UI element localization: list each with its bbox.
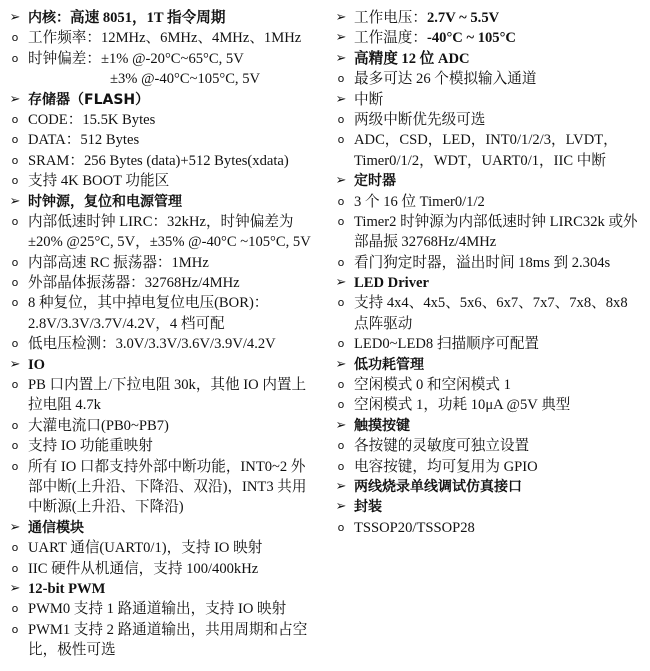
arrow-bullet-icon: ➢ <box>6 192 24 212</box>
timer-count: 3 个 16 位 Timer0/1/2 <box>354 194 485 210</box>
list-item-continuation: 中断源(上升沿、下降沿) <box>6 497 326 517</box>
comm-header: 通信模块 <box>28 520 84 536</box>
package-types: TSSOP20/TSSOP28 <box>354 520 475 536</box>
right-column: ➢ 工作电压：2.7V ~ 5.5V ➢ 工作温度：-40°C ~ 105°C … <box>332 8 648 538</box>
comm-uart: UART 通信(UART0/1)，支持 IO 映射 <box>28 540 262 556</box>
list-item: o PWM0 支持 1 路通道输出，支持 IO 映射 <box>6 599 326 619</box>
led-matrix-2: 点阵驱动 <box>354 316 412 332</box>
list-item: o 支持 4K BOOT 功能区 <box>6 171 326 191</box>
circle-bullet-icon: o <box>6 273 24 293</box>
circle-bullet-icon: o <box>6 253 24 273</box>
list-item: o 空闲模式 1，功耗 10μA @5V 典型 <box>332 395 648 415</box>
clock-lvd: 低电压检测：3.0V/3.3V/3.6V/3.9V/4.2V <box>28 336 276 352</box>
circle-bullet-icon: o <box>6 620 24 640</box>
section-io: ➢ IO <box>6 355 326 375</box>
list-item: o UART 通信(UART0/1)，支持 IO 映射 <box>6 538 326 558</box>
comm-iic: IIC 硬件从机通信，支持 100/400kHz <box>28 561 258 577</box>
interrupt-priority: 两级中断优先级可选 <box>354 112 485 128</box>
list-item: o LED0~LED8 扫描顺序可配置 <box>332 334 648 354</box>
circle-bullet-icon: o <box>6 130 24 150</box>
adc-channels: 最多可达 26 个模拟输入通道 <box>354 71 536 87</box>
voltage-value: 2.7V ~ 5.5V <box>427 10 499 26</box>
arrow-bullet-icon: ➢ <box>6 90 24 110</box>
voltage-label: 工作电压： <box>354 10 427 26</box>
list-item: o 外部晶体振荡器：32768Hz/4MHz <box>6 273 326 293</box>
core-header-label: 内核： <box>28 10 70 26</box>
circle-bullet-icon: o <box>6 293 24 313</box>
list-item: o 两级中断优先级可选 <box>332 110 648 130</box>
io-pull-2: 拉电阻 4.7k <box>28 397 101 413</box>
arrow-bullet-icon: ➢ <box>332 497 350 517</box>
list-item-continuation: 拉电阻 4.7k <box>6 395 326 415</box>
list-item: o 空闲模式 0 和空闲模式 1 <box>332 375 648 395</box>
circle-bullet-icon: o <box>6 416 24 436</box>
list-item: o 支持 4x4、4x5、5x6、6x7、7x7、7x8、8x8 <box>332 293 648 313</box>
circle-bullet-icon: o <box>6 28 24 48</box>
circle-bullet-icon: o <box>332 69 350 89</box>
adc-header: 高精度 12 位 ADC <box>354 51 470 67</box>
touch-sensitivity: 各按键的灵敏度可独立设置 <box>354 438 529 454</box>
section-voltage: ➢ 工作电压：2.7V ~ 5.5V <box>332 8 648 28</box>
circle-bullet-icon: o <box>332 192 350 212</box>
list-item: o TSSOP20/TSSOP28 <box>332 518 648 538</box>
clock-lirc-2: ±20% @25°C, 5V，±35% @-40°C ~105°C, 5V <box>28 234 311 250</box>
circle-bullet-icon: o <box>332 518 350 538</box>
list-item-continuation: 部晶振 32768Hz/4MHz <box>332 232 648 252</box>
circle-bullet-icon: o <box>6 375 24 395</box>
circle-bullet-icon: o <box>6 151 24 171</box>
clock-reset: 8 种复位，其中掉电复位电压(BOR)： <box>28 295 268 311</box>
circle-bullet-icon: o <box>332 253 350 273</box>
list-item: o 时钟偏差：±1% @-20°C~65°C, 5V <box>6 49 326 69</box>
package-header: 封装 <box>354 499 382 515</box>
list-item-continuation: 比，极性可选 <box>6 640 326 660</box>
list-item-continuation: 部中断(上升沿、下降沿、双沿)，INT3 共用 <box>6 477 326 497</box>
led-scan: LED0~LED8 扫描顺序可配置 <box>354 336 539 352</box>
arrow-bullet-icon: ➢ <box>332 273 350 293</box>
list-item: o 工作频率：12MHz、6MHz、4MHz、1MHz <box>6 28 326 48</box>
arrow-bullet-icon: ➢ <box>332 416 350 436</box>
led-header: LED Driver <box>354 275 429 291</box>
circle-bullet-icon: o <box>6 436 24 456</box>
list-item-continuation: 2.8V/3.3V/3.7V/4.2V，4 档可配 <box>6 314 326 334</box>
arrow-bullet-icon: ➢ <box>332 355 350 375</box>
core-clock-deviation-2: ±3% @-40°C~105°C, 5V <box>110 71 260 87</box>
temperature-value: -40°C ~ 105°C <box>427 30 516 46</box>
low-power-idle: 空闲模式 0 和空闲模式 1 <box>354 377 511 393</box>
clock-hrc: 内部高速 RC 振荡器：1MHz <box>28 255 209 271</box>
list-item-continuation: ±3% @-40°C~105°C, 5V <box>6 69 326 89</box>
arrow-bullet-icon: ➢ <box>6 8 24 28</box>
arrow-bullet-icon: ➢ <box>6 355 24 375</box>
arrow-bullet-icon: ➢ <box>332 90 350 110</box>
section-touch: ➢ 触摸按键 <box>332 416 648 436</box>
temperature-label: 工作温度： <box>354 30 427 46</box>
list-item: o 8 种复位，其中掉电复位电压(BOR)： <box>6 293 326 313</box>
list-item: o DATA：512 Bytes <box>6 130 326 150</box>
list-item: o 各按键的灵敏度可独立设置 <box>332 436 648 456</box>
list-item: o PWM1 支持 2 路通道输出，共用周期和占空 <box>6 620 326 640</box>
arrow-bullet-icon: ➢ <box>332 477 350 497</box>
arrow-bullet-icon: ➢ <box>6 579 24 599</box>
section-comm: ➢ 通信模块 <box>6 518 326 538</box>
section-temperature: ➢ 工作温度：-40°C ~ 105°C <box>332 28 648 48</box>
timer-header: 定时器 <box>354 173 396 189</box>
list-item: o Timer2 时钟源为内部低速时钟 LIRC32k 或外 <box>332 212 648 232</box>
io-interrupt: 所有 IO 口都支持外部中断功能，INT0~2 外 <box>28 459 305 475</box>
circle-bullet-icon: o <box>332 436 350 456</box>
touch-gpio: 电容按键，均可复用为 GPIO <box>354 459 538 475</box>
list-item: o 内部低速时钟 LIRC：32kHz，时钟偏差为 <box>6 212 326 232</box>
circle-bullet-icon: o <box>332 212 350 232</box>
circle-bullet-icon: o <box>6 212 24 232</box>
section-adc: ➢ 高精度 12 位 ADC <box>332 49 648 69</box>
io-pull: PB 口内置上/下拉电阻 30k，其他 IO 内置上 <box>28 377 306 393</box>
touch-header: 触摸按键 <box>354 418 410 434</box>
list-item: o ADC，CSD，LED，INT0/1/2/3，LVDT， <box>332 130 648 150</box>
io-interrupt-2: 部中断(上升沿、下降沿、双沿)，INT3 共用 <box>28 479 306 495</box>
circle-bullet-icon: o <box>332 130 350 150</box>
circle-bullet-icon: o <box>6 171 24 191</box>
memory-boot: 支持 4K BOOT 功能区 <box>28 173 169 189</box>
list-item: o 内部高速 RC 振荡器：1MHz <box>6 253 326 273</box>
io-remap: 支持 IO 功能重映射 <box>28 438 153 454</box>
timer-timer2-2: 部晶振 32768Hz/4MHz <box>354 234 496 250</box>
left-column: ➢ 内核：高速 8051，1T 指令周期 o 工作频率：12MHz、6MHz、4… <box>6 8 326 661</box>
pwm-header: 12-bit PWM <box>28 581 105 597</box>
circle-bullet-icon: o <box>6 538 24 558</box>
list-item: o 低电压检测：3.0V/3.3V/3.6V/3.9V/4.2V <box>6 334 326 354</box>
core-clock-deviation: 时钟偏差：±1% @-20°C~65°C, 5V <box>28 51 244 67</box>
circle-bullet-icon: o <box>6 457 24 477</box>
memory-header: 存储器（FLASH） <box>28 92 149 108</box>
clock-xtal: 外部晶体振荡器：32768Hz/4MHz <box>28 275 240 291</box>
circle-bullet-icon: o <box>6 49 24 69</box>
low-power-idle1: 空闲模式 1，功耗 10μA @5V 典型 <box>354 397 570 413</box>
circle-bullet-icon: o <box>332 457 350 477</box>
circle-bullet-icon: o <box>6 599 24 619</box>
io-sink: 大灌电流口(PB0~PB7) <box>28 418 169 434</box>
arrow-bullet-icon: ➢ <box>332 49 350 69</box>
circle-bullet-icon: o <box>332 110 350 130</box>
section-timer: ➢ 定时器 <box>332 171 648 191</box>
clock-lirc: 内部低速时钟 LIRC：32kHz，时钟偏差为 <box>28 214 294 230</box>
arrow-bullet-icon: ➢ <box>332 171 350 191</box>
led-matrix: 支持 4x4、4x5、5x6、6x7、7x7、7x8、8x8 <box>354 295 628 311</box>
list-item-continuation: ±20% @25°C, 5V，±35% @-40°C ~105°C, 5V <box>6 232 326 252</box>
section-pwm: ➢ 12-bit PWM <box>6 579 326 599</box>
debug-header: 两线烧录单线调试仿真接口 <box>354 479 522 495</box>
list-item: o PB 口内置上/下拉电阻 30k，其他 IO 内置上 <box>6 375 326 395</box>
section-low-power: ➢ 低功耗管理 <box>332 355 648 375</box>
arrow-bullet-icon: ➢ <box>332 28 350 48</box>
core-frequency: 工作频率：12MHz、6MHz、4MHz、1MHz <box>28 30 301 46</box>
arrow-bullet-icon: ➢ <box>332 8 350 28</box>
list-item: o SRAM：256 Bytes (data)+512 Bytes(xdata) <box>6 151 326 171</box>
section-interrupt: ➢ 中断 <box>332 90 648 110</box>
section-memory: ➢ 存储器（FLASH） <box>6 90 326 110</box>
io-interrupt-3: 中断源(上升沿、下降沿) <box>28 499 184 515</box>
interrupt-sources-2: Timer0/1/2，WDT，UART0/1，IIC 中断 <box>354 153 606 169</box>
circle-bullet-icon: o <box>332 395 350 415</box>
list-item-continuation: Timer0/1/2，WDT，UART0/1，IIC 中断 <box>332 151 648 171</box>
section-debug: ➢ 两线烧录单线调试仿真接口 <box>332 477 648 497</box>
section-led: ➢ LED Driver <box>332 273 648 293</box>
circle-bullet-icon: o <box>6 559 24 579</box>
clock-reset-2: 2.8V/3.3V/3.7V/4.2V，4 档可配 <box>28 316 225 332</box>
io-header: IO <box>28 357 45 373</box>
clock-header: 时钟源，复位和电源管理 <box>28 194 182 210</box>
list-item: o 看门狗定时器，溢出时间 18ms 到 2.304s <box>332 253 648 273</box>
arrow-bullet-icon: ➢ <box>6 518 24 538</box>
list-item: o IIC 硬件从机通信，支持 100/400kHz <box>6 559 326 579</box>
interrupt-header: 中断 <box>354 92 383 108</box>
list-item-continuation: 点阵驱动 <box>332 314 648 334</box>
list-item: o 所有 IO 口都支持外部中断功能，INT0~2 外 <box>6 457 326 477</box>
low-power-header: 低功耗管理 <box>354 357 424 373</box>
circle-bullet-icon: o <box>332 293 350 313</box>
memory-sram: SRAM：256 Bytes (data)+512 Bytes(xdata) <box>28 153 289 169</box>
list-item: o 支持 IO 功能重映射 <box>6 436 326 456</box>
pwm-pwm0: PWM0 支持 1 路通道输出，支持 IO 映射 <box>28 601 286 617</box>
circle-bullet-icon: o <box>6 110 24 130</box>
list-item: o 大灌电流口(PB0~PB7) <box>6 416 326 436</box>
pwm-pwm1: PWM1 支持 2 路通道输出，共用周期和占空 <box>28 622 307 638</box>
section-core: ➢ 内核：高速 8051，1T 指令周期 <box>6 8 326 28</box>
memory-code: CODE：15.5K Bytes <box>28 112 155 128</box>
list-item: o 最多可达 26 个模拟输入通道 <box>332 69 648 89</box>
interrupt-sources: ADC，CSD，LED，INT0/1/2/3，LVDT， <box>354 132 618 148</box>
circle-bullet-icon: o <box>6 334 24 354</box>
core-header-value: 高速 8051，1T 指令周期 <box>70 10 225 26</box>
section-clock-reset-power: ➢ 时钟源，复位和电源管理 <box>6 192 326 212</box>
circle-bullet-icon: o <box>332 375 350 395</box>
circle-bullet-icon: o <box>332 334 350 354</box>
timer-wdt: 看门狗定时器，溢出时间 18ms 到 2.304s <box>354 255 610 271</box>
timer-timer2: Timer2 时钟源为内部低速时钟 LIRC32k 或外 <box>354 214 638 230</box>
section-package: ➢ 封装 <box>332 497 648 517</box>
pwm-pwm1-2: 比，极性可选 <box>28 642 116 658</box>
list-item: o 3 个 16 位 Timer0/1/2 <box>332 192 648 212</box>
memory-data: DATA：512 Bytes <box>28 132 139 148</box>
list-item: o 电容按键，均可复用为 GPIO <box>332 457 648 477</box>
list-item: o CODE：15.5K Bytes <box>6 110 326 130</box>
